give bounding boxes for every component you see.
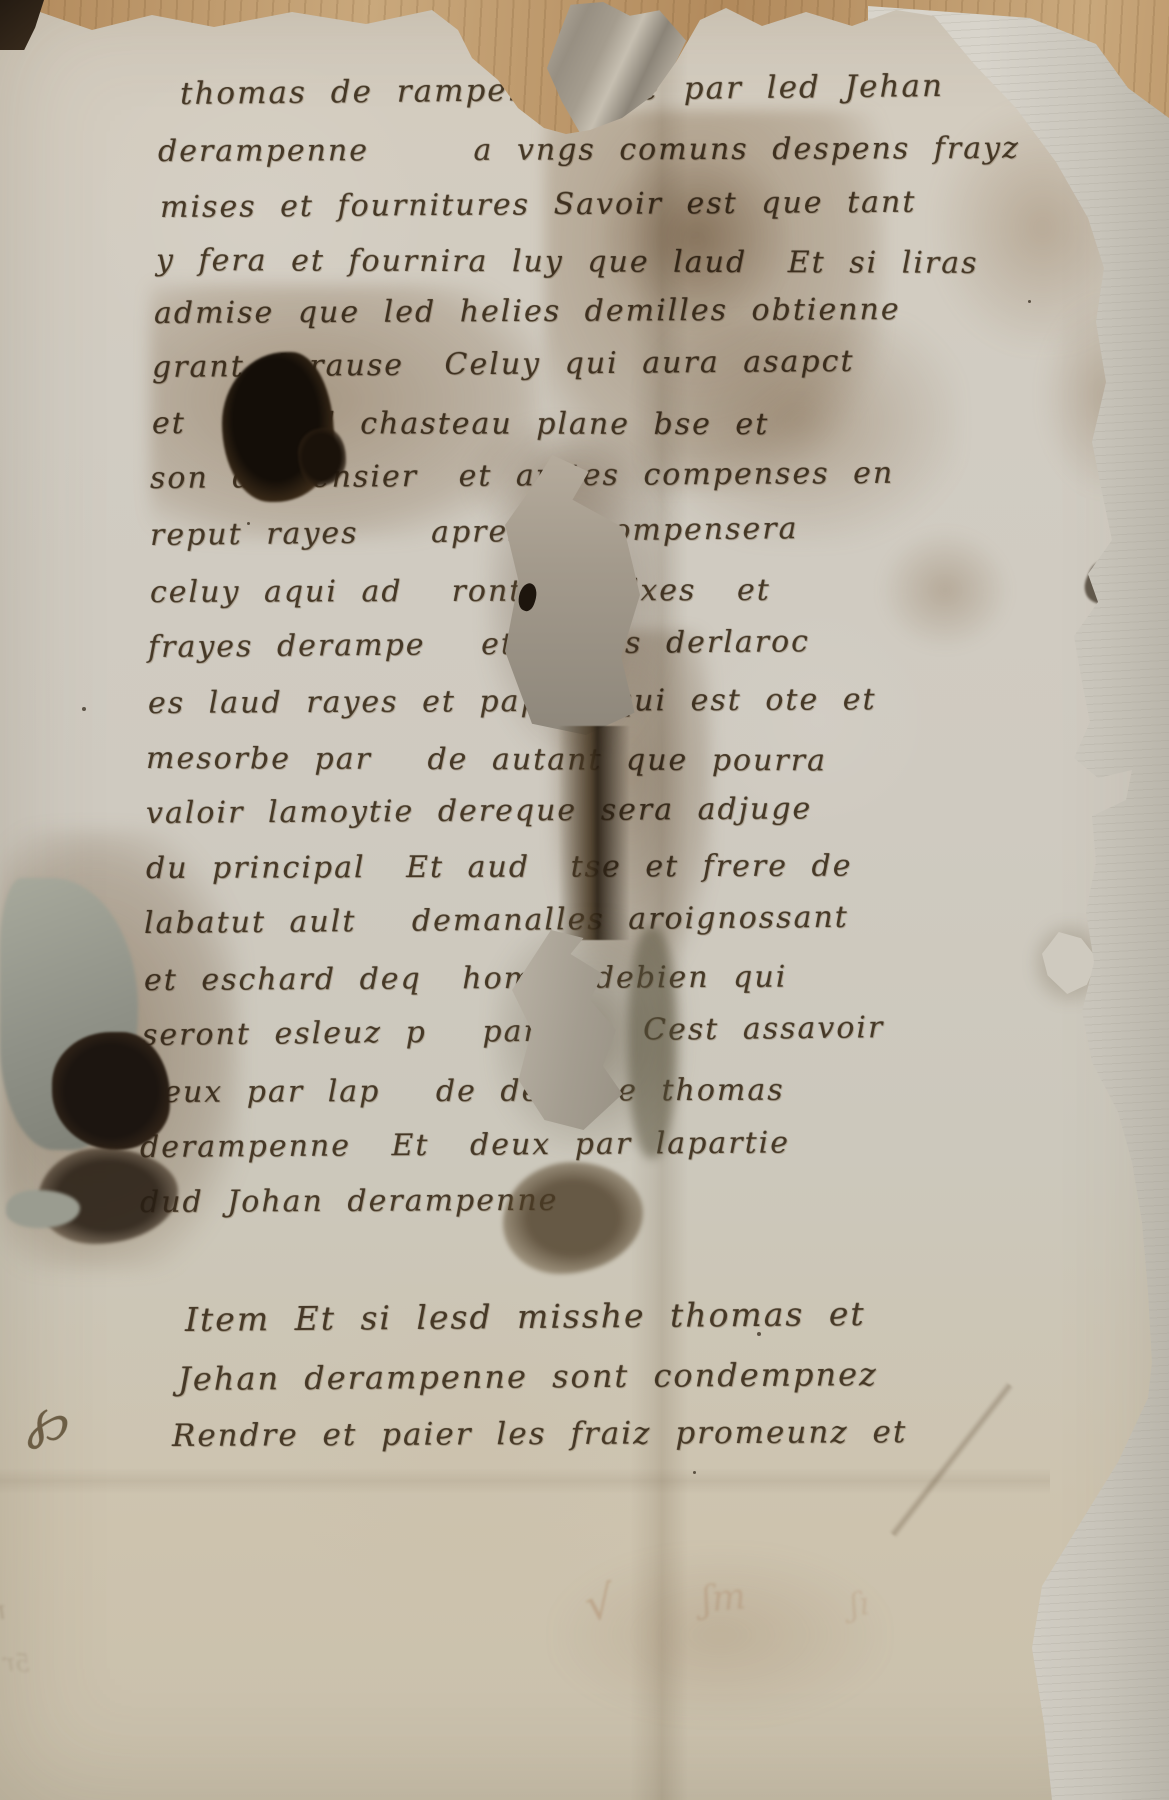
- ink-speck: [247, 522, 250, 525]
- ink-speck: [757, 1332, 761, 1336]
- ink-speck: [1028, 300, 1031, 303]
- photograph-of-manuscript: thomas de rampenne que par led Jehandera…: [0, 0, 1169, 1800]
- front-sheet-paper: thomas de rampenne que par led Jehandera…: [0, 0, 1169, 1800]
- speck-layer: [0, 0, 1169, 1800]
- ink-speck: [82, 707, 86, 711]
- ink-speck: [693, 1471, 696, 1474]
